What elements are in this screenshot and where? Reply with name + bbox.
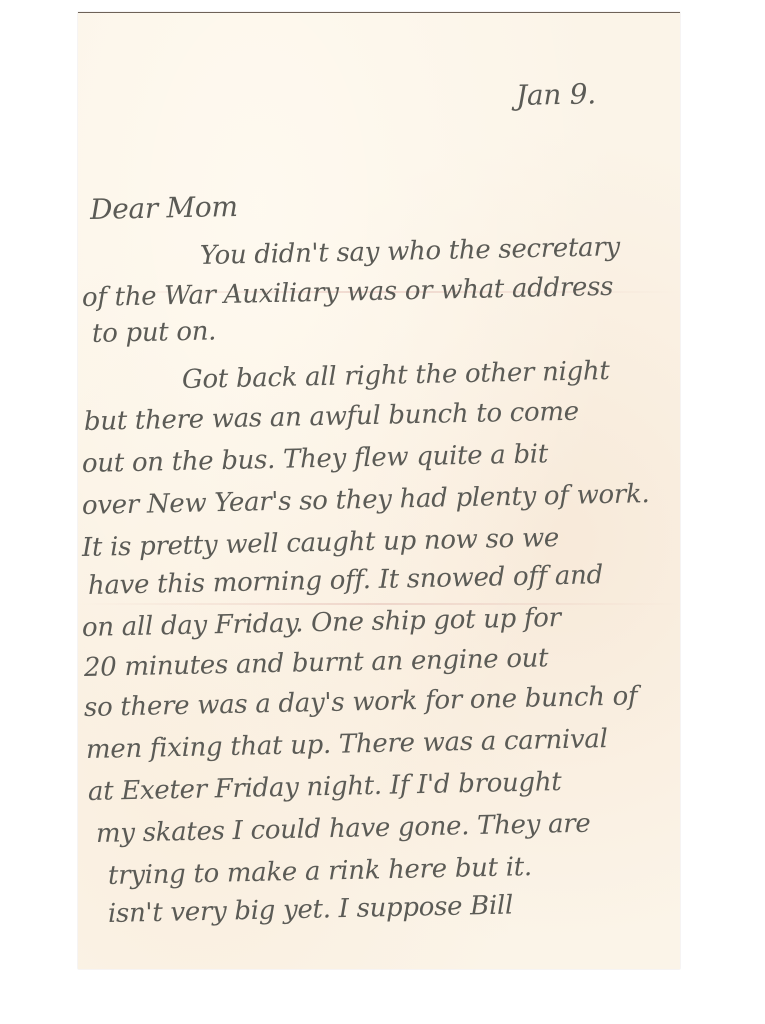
letter-line: out on the bus. They flew quite a bit: [82, 439, 549, 479]
letter-line: 20 minutes and burnt an engine out: [84, 643, 549, 683]
letter-line: my skates I could have gone. They are: [96, 809, 591, 849]
letter-line: so there was a day's work for one bunch …: [84, 681, 638, 723]
letter-line: Got back all right the other night: [182, 356, 610, 395]
letter-line: of the War Auxiliary was or what address: [82, 272, 614, 313]
letter-line: It is pretty well caught up now so we: [82, 523, 560, 563]
letter-line: You didn't say who the secretary: [200, 232, 620, 271]
letter-date: Jan 9.: [516, 77, 596, 112]
letter-greeting: Dear Mom: [90, 190, 238, 226]
letter-line: at Exeter Friday night. If I'd brought: [88, 767, 562, 807]
letter-page: Jan 9. Dear Mom You didn't say who the s…: [78, 12, 680, 969]
letter-line: but there was an awful bunch to come: [84, 397, 579, 437]
letter-line: trying to make a rink here but it.: [108, 852, 532, 891]
letter-line: over New Year's so they had plenty of wo…: [82, 479, 650, 521]
letter-line: have this morning off. It snowed off and: [88, 560, 603, 601]
letter-line: to put on.: [92, 316, 217, 349]
letter-line: on all day Friday. One ship got up for: [82, 603, 561, 643]
fold-crease: [78, 603, 680, 605]
letter-line: isn't very big yet. I suppose Bill: [108, 891, 514, 929]
letter-line: men fixing that up. There was a carnival: [86, 724, 608, 765]
